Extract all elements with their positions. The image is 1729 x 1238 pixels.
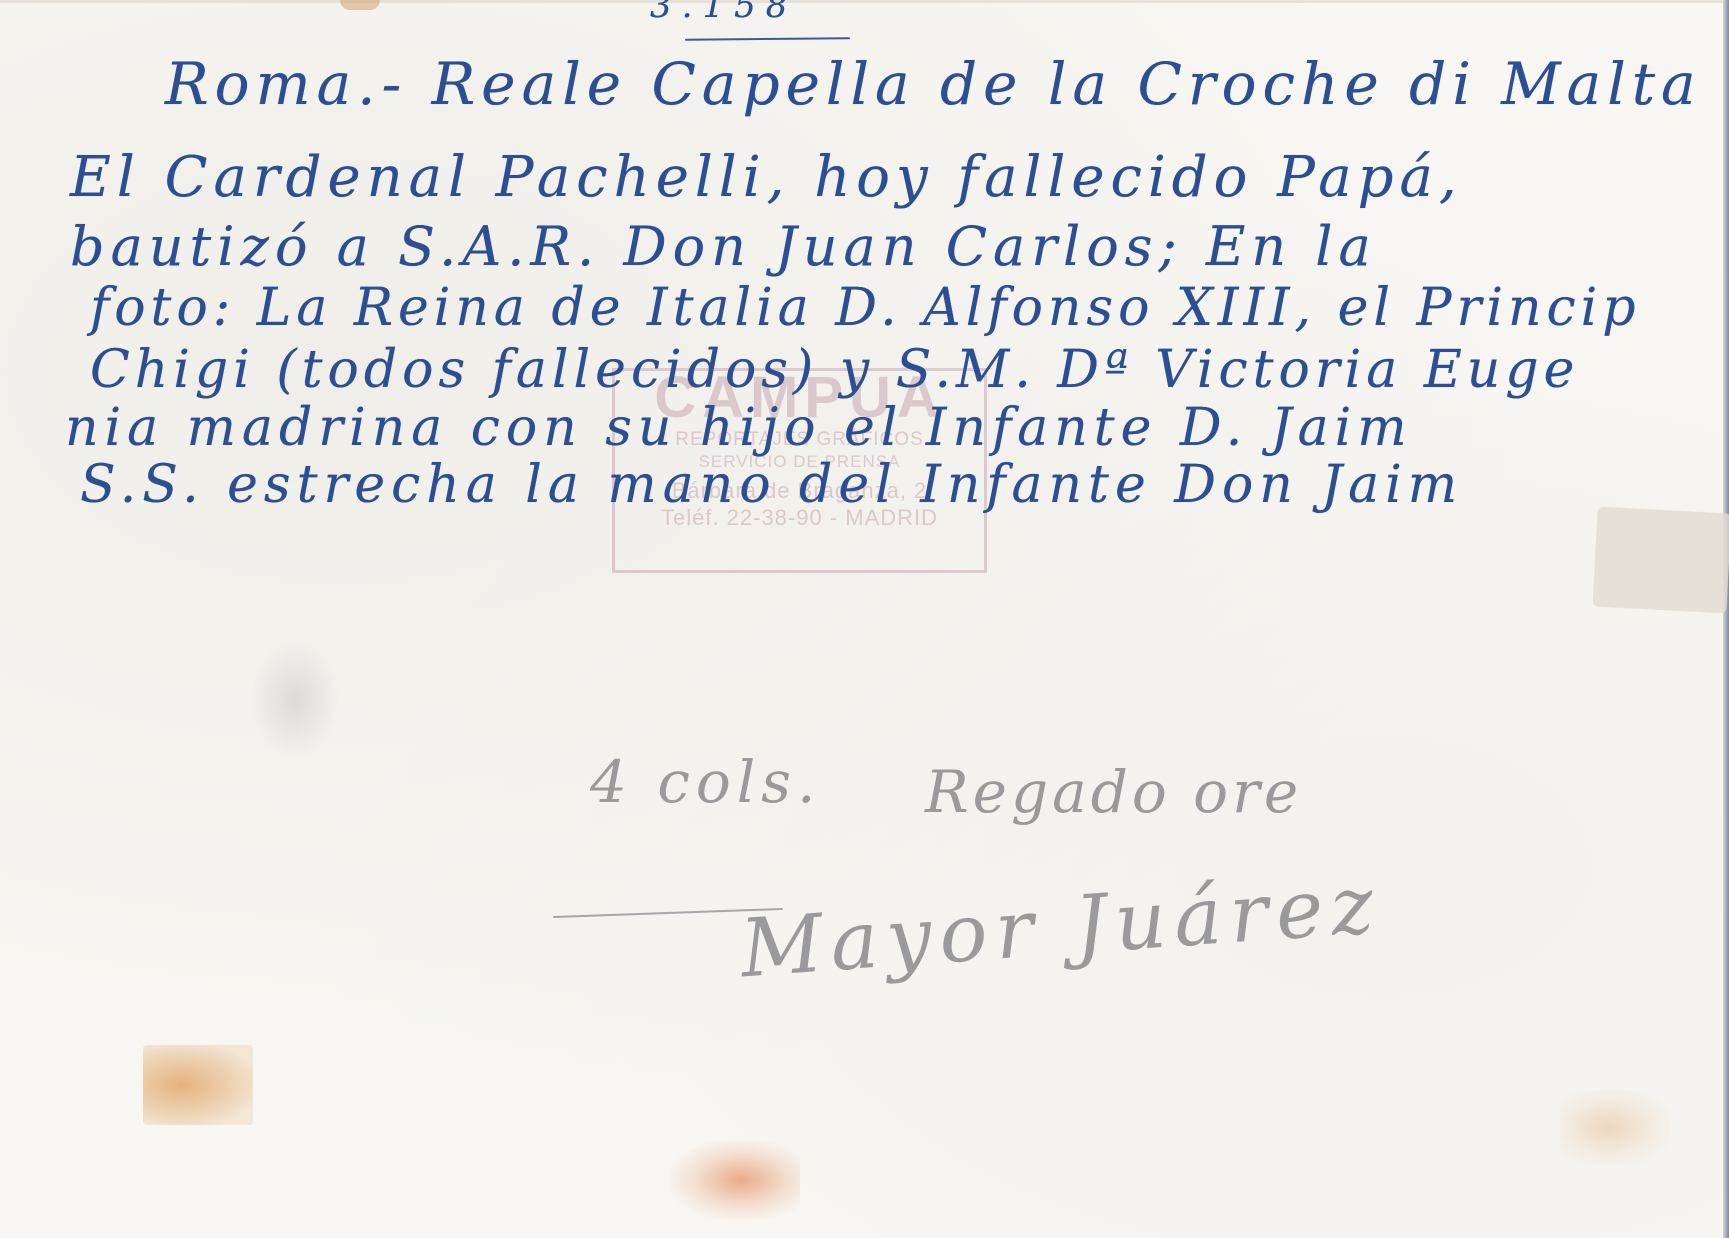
- glue-stain-bottom-left: [143, 1045, 253, 1125]
- caption-line-3: bautizó a S.A.R. Don Juan Carlos; En la: [70, 215, 1377, 278]
- caption-line-4: foto: La Reina de Italia D. Alfonso XIII…: [90, 278, 1641, 338]
- paper-right-edge: [1723, 0, 1729, 1238]
- pencil-note-columns: 4 cols.: [590, 748, 822, 816]
- caption-line-1: Roma.- Reale Capella de la Croche di Mal…: [165, 50, 1702, 118]
- paper-top-edge: [0, 0, 1729, 3]
- reference-number: 3.158: [650, 0, 797, 26]
- caption-line-2: El Cardenal Pachelli, hoy fallecido Papá…: [70, 145, 1463, 210]
- rust-stain-bottom-center: [670, 1140, 800, 1220]
- grey-smudge: [250, 640, 340, 760]
- tape-residue: [1592, 507, 1729, 614]
- glue-stain-bottom-right: [1560, 1090, 1670, 1165]
- caption-line-6: nia madrina con su hijo el Infante D. Ja…: [65, 398, 1413, 458]
- stain-top: [340, 0, 380, 10]
- caption-line-5: Chigi (todos fallecidos) y S.M. Dª Victo…: [90, 340, 1579, 400]
- pencil-note-second: Regado ore: [925, 758, 1302, 826]
- caption-line-7: S.S. estrecha la mano del Infante Don Ja…: [80, 455, 1463, 515]
